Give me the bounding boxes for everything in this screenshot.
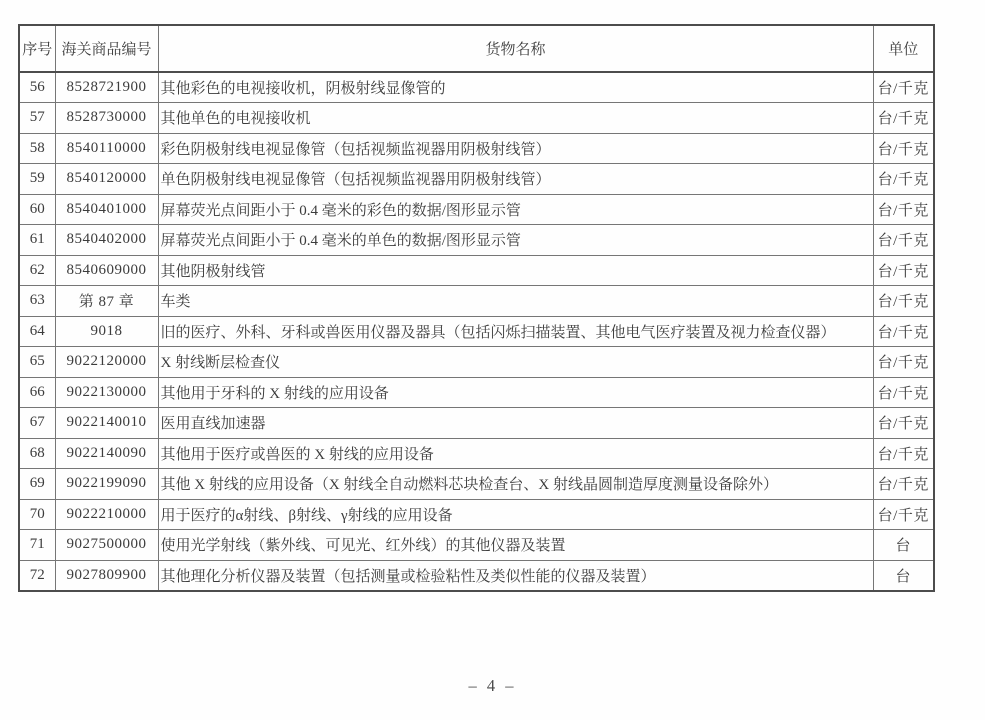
table-row: 578528730000其他单色的电视接收机台/千克 <box>19 103 934 134</box>
row-index: 72 <box>19 560 55 591</box>
row-unit: 台/千克 <box>873 255 934 286</box>
table-header: 序号 海关商品编号 货物名称 单位 <box>19 25 934 72</box>
row-index: 67 <box>19 408 55 439</box>
col-header-unit: 单位 <box>873 25 934 72</box>
row-hs-code: 8528721900 <box>55 72 158 103</box>
row-hs-code: 9018 <box>55 316 158 347</box>
row-hs-code: 9022120000 <box>55 347 158 378</box>
row-goods-name: 屏幕荧光点间距小于 0.4 毫米的彩色的数据/图形显示管 <box>158 194 873 225</box>
row-hs-code: 9022140010 <box>55 408 158 439</box>
row-unit: 台/千克 <box>873 438 934 469</box>
row-unit: 台/千克 <box>873 133 934 164</box>
table-header-row: 序号 海关商品编号 货物名称 单位 <box>19 25 934 72</box>
row-index: 69 <box>19 469 55 500</box>
table-row: 63第 87 章车类台/千克 <box>19 286 934 317</box>
table-row: 568528721900其他彩色的电视接收机，阴极射线显像管的台/千克 <box>19 72 934 103</box>
row-index: 61 <box>19 225 55 256</box>
table-row: 659022120000X 射线断层检查仪台/千克 <box>19 347 934 378</box>
row-unit: 台/千克 <box>873 225 934 256</box>
row-index: 65 <box>19 347 55 378</box>
row-hs-code: 8540110000 <box>55 133 158 164</box>
customs-table-container: 序号 海关商品编号 货物名称 单位 568528721900其他彩色的电视接收机… <box>18 24 935 592</box>
col-header-goods-name: 货物名称 <box>158 25 873 72</box>
table-row: 709022210000用于医疗的α射线、β射线、γ射线的应用设备台/千克 <box>19 499 934 530</box>
row-goods-name: 其他用于牙科的 X 射线的应用设备 <box>158 377 873 408</box>
col-header-hs-code: 海关商品编号 <box>55 25 158 72</box>
row-hs-code: 9022210000 <box>55 499 158 530</box>
customs-commodity-table: 序号 海关商品编号 货物名称 单位 568528721900其他彩色的电视接收机… <box>18 24 935 592</box>
row-index: 63 <box>19 286 55 317</box>
row-hs-code: 9022140090 <box>55 438 158 469</box>
row-unit: 台/千克 <box>873 194 934 225</box>
row-hs-code: 9022130000 <box>55 377 158 408</box>
row-index: 60 <box>19 194 55 225</box>
row-unit: 台/千克 <box>873 316 934 347</box>
row-goods-name: 其他单色的电视接收机 <box>158 103 873 134</box>
table-row: 719027500000使用光学射线（紫外线、可见光、红外线）的其他仪器及装置台 <box>19 530 934 561</box>
row-unit: 台 <box>873 560 934 591</box>
row-goods-name: 屏幕荧光点间距小于 0.4 毫米的单色的数据/图形显示管 <box>158 225 873 256</box>
row-index: 59 <box>19 164 55 195</box>
row-hs-code: 8540402000 <box>55 225 158 256</box>
row-index: 56 <box>19 72 55 103</box>
row-goods-name: 其他理化分析仪器及装置（包括测量或检验粘性及类似性能的仪器及装置） <box>158 560 873 591</box>
row-goods-name: 其他 X 射线的应用设备（X 射线全自动燃料芯块检查台、X 射线晶圆制造厚度测量… <box>158 469 873 500</box>
row-unit: 台/千克 <box>873 347 934 378</box>
table-row: 649018旧的医疗、外科、牙科或兽医用仪器及器具（包括闪烁扫描装置、其他电气医… <box>19 316 934 347</box>
row-goods-name: 用于医疗的α射线、β射线、γ射线的应用设备 <box>158 499 873 530</box>
table-body: 568528721900其他彩色的电视接收机，阴极射线显像管的台/千克57852… <box>19 72 934 591</box>
row-goods-name: 旧的医疗、外科、牙科或兽医用仪器及器具（包括闪烁扫描装置、其他电气医疗装置及视力… <box>158 316 873 347</box>
document-page: 序号 海关商品编号 货物名称 单位 568528721900其他彩色的电视接收机… <box>0 0 985 720</box>
row-unit: 台/千克 <box>873 377 934 408</box>
row-index: 58 <box>19 133 55 164</box>
row-hs-code: 8528730000 <box>55 103 158 134</box>
table-row: 729027809900其他理化分析仪器及装置（包括测量或检验粘性及类似性能的仪… <box>19 560 934 591</box>
row-index: 68 <box>19 438 55 469</box>
row-goods-name: 其他用于医疗或兽医的 X 射线的应用设备 <box>158 438 873 469</box>
row-unit: 台/千克 <box>873 408 934 439</box>
row-unit: 台/千克 <box>873 164 934 195</box>
row-goods-name: 使用光学射线（紫外线、可见光、红外线）的其他仪器及装置 <box>158 530 873 561</box>
row-goods-name: 其他彩色的电视接收机，阴极射线显像管的 <box>158 72 873 103</box>
row-hs-code: 9027809900 <box>55 560 158 591</box>
row-goods-name: 其他阴极射线管 <box>158 255 873 286</box>
row-index: 64 <box>19 316 55 347</box>
table-row: 628540609000其他阴极射线管台/千克 <box>19 255 934 286</box>
table-row: 669022130000其他用于牙科的 X 射线的应用设备台/千克 <box>19 377 934 408</box>
row-unit: 台/千克 <box>873 72 934 103</box>
row-index: 70 <box>19 499 55 530</box>
row-hs-code: 9022199090 <box>55 469 158 500</box>
row-goods-name: 医用直线加速器 <box>158 408 873 439</box>
row-goods-name: 单色阴极射线电视显像管（包括视频监视器用阴极射线管） <box>158 164 873 195</box>
table-row: 699022199090其他 X 射线的应用设备（X 射线全自动燃料芯块检查台、… <box>19 469 934 500</box>
row-goods-name: 彩色阴极射线电视显像管（包括视频监视器用阴极射线管） <box>158 133 873 164</box>
table-row: 608540401000屏幕荧光点间距小于 0.4 毫米的彩色的数据/图形显示管… <box>19 194 934 225</box>
col-header-index: 序号 <box>19 25 55 72</box>
row-hs-code: 9027500000 <box>55 530 158 561</box>
table-row: 679022140010医用直线加速器台/千克 <box>19 408 934 439</box>
table-row: 618540402000屏幕荧光点间距小于 0.4 毫米的单色的数据/图形显示管… <box>19 225 934 256</box>
table-row: 598540120000单色阴极射线电视显像管（包括视频监视器用阴极射线管）台/… <box>19 164 934 195</box>
row-index: 66 <box>19 377 55 408</box>
row-index: 71 <box>19 530 55 561</box>
row-unit: 台 <box>873 530 934 561</box>
row-hs-code: 第 87 章 <box>55 286 158 317</box>
row-hs-code: 8540120000 <box>55 164 158 195</box>
table-row: 588540110000彩色阴极射线电视显像管（包括视频监视器用阴极射线管）台/… <box>19 133 934 164</box>
row-unit: 台/千克 <box>873 103 934 134</box>
table-row: 689022140090其他用于医疗或兽医的 X 射线的应用设备台/千克 <box>19 438 934 469</box>
row-index: 57 <box>19 103 55 134</box>
row-goods-name: X 射线断层检查仪 <box>158 347 873 378</box>
row-unit: 台/千克 <box>873 499 934 530</box>
row-index: 62 <box>19 255 55 286</box>
row-goods-name: 车类 <box>158 286 873 317</box>
row-hs-code: 8540401000 <box>55 194 158 225</box>
row-hs-code: 8540609000 <box>55 255 158 286</box>
row-unit: 台/千克 <box>873 286 934 317</box>
row-unit: 台/千克 <box>873 469 934 500</box>
page-number: – 4 – <box>0 676 985 696</box>
